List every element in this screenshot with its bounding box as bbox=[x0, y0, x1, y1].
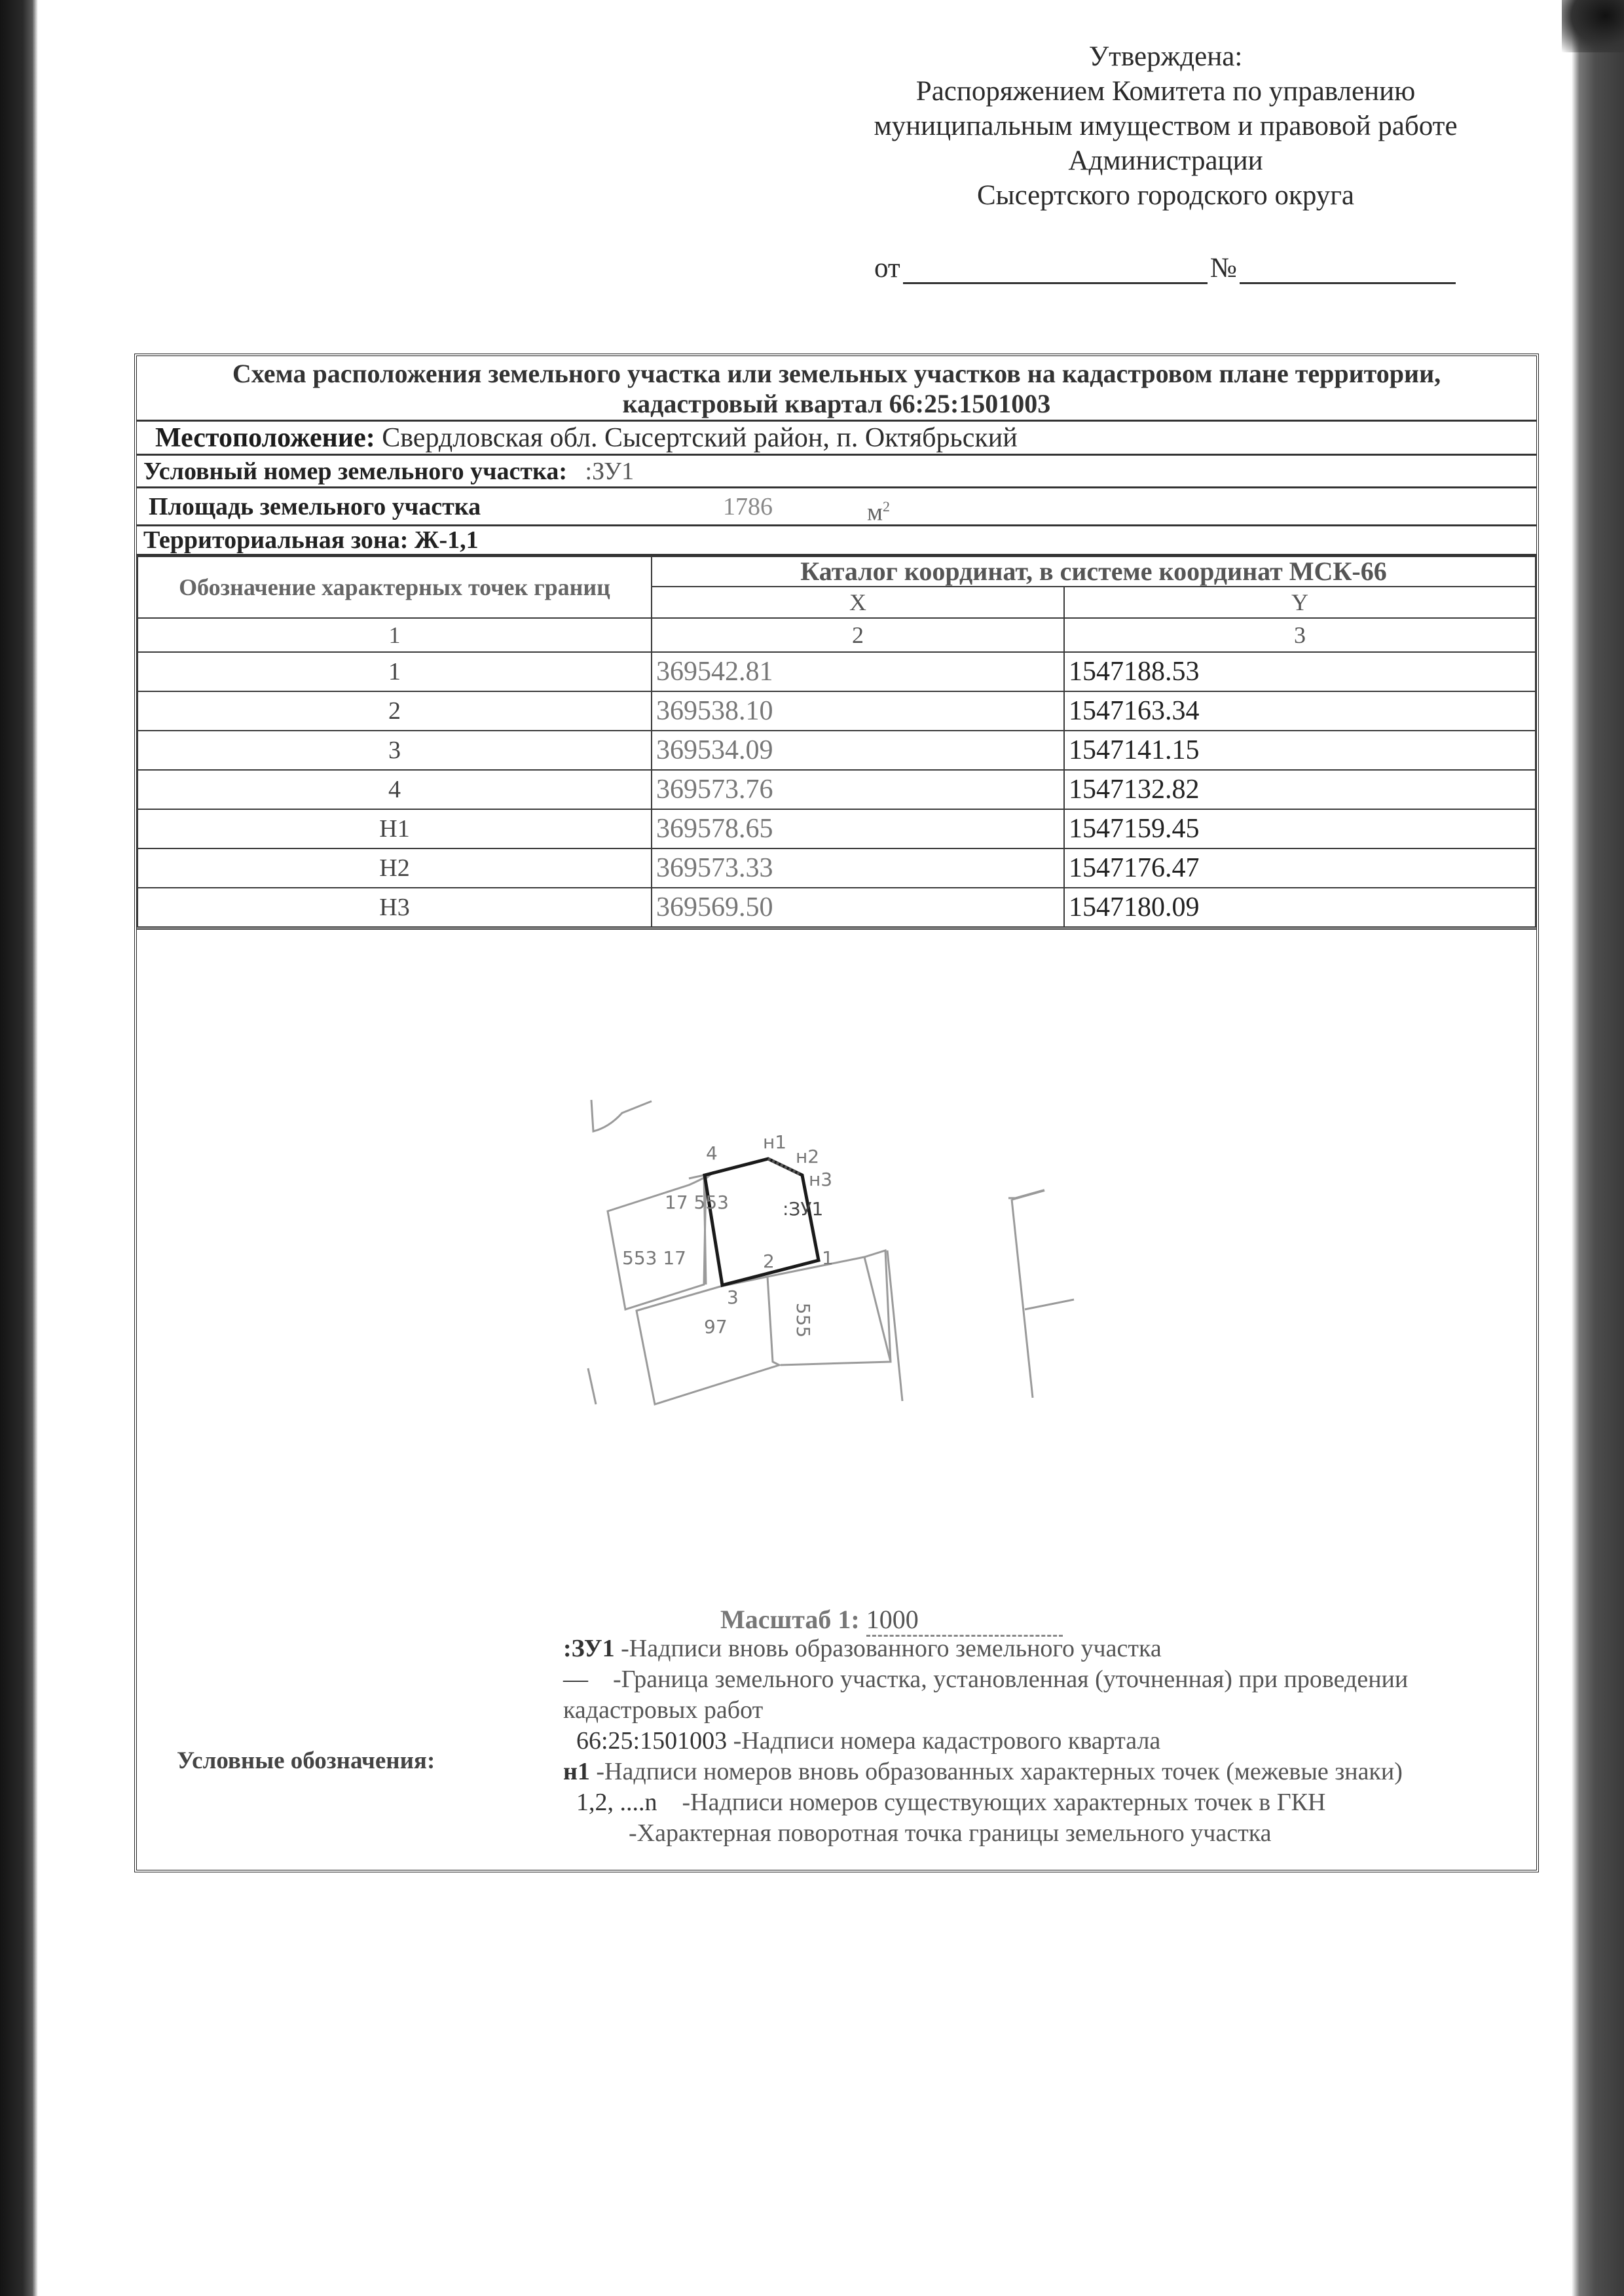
scheme-title-line1: Схема расположения земельного участка ил… bbox=[137, 359, 1536, 389]
approval-line: Сысертского городского округа bbox=[805, 178, 1526, 213]
point-designation: Н3 bbox=[138, 888, 652, 928]
table-row: 4369573.761547132.82 bbox=[138, 770, 1536, 809]
coord-x: 369538.10 bbox=[652, 691, 1064, 731]
legend-item: 66:25:1501003 -Надписи номера кадастрово… bbox=[563, 1726, 1532, 1757]
catalog-header: Каталог координат, в системе координат М… bbox=[652, 556, 1536, 587]
approval-line: Администрации bbox=[805, 143, 1526, 178]
point-label-1: 1 bbox=[822, 1247, 834, 1269]
table-row: Н1369578.651547159.45 bbox=[138, 809, 1536, 848]
table-row: Н3369569.501547180.09 bbox=[138, 888, 1536, 928]
legend-item: — -Граница земельного участка, установле… bbox=[563, 1664, 1532, 1695]
neighbor-label: 553 17 bbox=[622, 1247, 686, 1269]
approval-line: муниципальным имуществом и правовой рабо… bbox=[805, 109, 1526, 143]
scan-edge-right-top bbox=[1562, 0, 1624, 52]
area-row: Площадь земельного участка 1786 м2 bbox=[137, 488, 1536, 526]
coord-x: 369573.76 bbox=[652, 770, 1064, 809]
approval-line: Распоряжением Комитета по управлению bbox=[805, 74, 1526, 109]
legend-item: -Характерная поворотная точка границы зе… bbox=[563, 1818, 1532, 1849]
number-prefix: № bbox=[1210, 252, 1237, 284]
approval-date-number: от № bbox=[874, 252, 1456, 284]
scale-label: Масштаб 1: bbox=[720, 1605, 860, 1634]
point-label-4: 4 bbox=[706, 1142, 718, 1164]
scale-value: 1000 bbox=[866, 1604, 1063, 1637]
coord-y: 1547180.09 bbox=[1064, 888, 1536, 928]
point-label-n3: н3 bbox=[809, 1169, 832, 1190]
neighbor-label: 97 bbox=[704, 1316, 728, 1338]
legend-item: :ЗУ1 -Надписи вновь образованного земель… bbox=[563, 1633, 1532, 1664]
location-label: Местоположение: bbox=[155, 423, 375, 453]
area-value: 1786 bbox=[723, 488, 773, 525]
location-row: Местоположение: Свердловская обл. Сысерт… bbox=[137, 422, 1536, 456]
point-label-n2: н2 bbox=[796, 1146, 819, 1167]
coord-y: 1547132.82 bbox=[1064, 770, 1536, 809]
coord-x: 369569.50 bbox=[652, 888, 1064, 928]
coord-x: 369573.33 bbox=[652, 848, 1064, 888]
neighbor-label: 17 553 bbox=[665, 1192, 729, 1213]
point-designation-header: Обозначение характерных точек границ bbox=[138, 556, 652, 618]
area-label: Площадь земельного участка bbox=[149, 493, 481, 520]
coord-x: 369534.09 bbox=[652, 731, 1064, 770]
table-row: 3369534.091547141.15 bbox=[138, 731, 1536, 770]
conditional-number-value: :ЗУ1 bbox=[585, 458, 635, 485]
scan-edge-right bbox=[1572, 0, 1624, 2296]
col-number: 2 bbox=[652, 618, 1064, 652]
coord-y: 1547176.47 bbox=[1064, 848, 1536, 888]
scheme-title: Схема расположения земельного участка ил… bbox=[137, 356, 1536, 422]
scheme-title-line2: кадастровый квартал 66:25:1501003 bbox=[137, 389, 1536, 419]
point-label-2: 2 bbox=[763, 1250, 775, 1272]
date-prefix: от bbox=[874, 252, 900, 284]
approval-block: Утверждена: Распоряжением Комитета по уп… bbox=[805, 39, 1526, 213]
point-label-n1: н1 bbox=[763, 1131, 786, 1153]
coord-x: 369542.81 bbox=[652, 652, 1064, 691]
map-scale: Масштаб 1: 1000 bbox=[720, 1604, 1063, 1637]
coord-y: 1547188.53 bbox=[1064, 652, 1536, 691]
point-designation: 4 bbox=[138, 770, 652, 809]
approval-line: Утверждена: bbox=[805, 39, 1526, 74]
date-blank-field bbox=[903, 256, 1208, 284]
coord-y: 1547159.45 bbox=[1064, 809, 1536, 848]
legend-title: Условные обозначения: bbox=[177, 1747, 435, 1775]
number-blank-field bbox=[1240, 256, 1456, 284]
legend: :ЗУ1 -Надписи вновь образованного земель… bbox=[563, 1633, 1532, 1849]
location-value: Свердловская обл. Сысертский район, п. О… bbox=[382, 423, 1018, 453]
y-header: Y bbox=[1064, 587, 1536, 618]
point-designation: Н2 bbox=[138, 848, 652, 888]
conditional-number-label: Условный номер земельного участка: bbox=[143, 458, 567, 485]
col-number: 1 bbox=[138, 618, 652, 652]
point-designation: 1 bbox=[138, 652, 652, 691]
table-row: 2369538.101547163.34 bbox=[138, 691, 1536, 731]
legend-item: кадастровых работ bbox=[563, 1695, 1532, 1726]
parcel-label: :ЗУ1 bbox=[783, 1198, 823, 1220]
table-row: 1369542.811547188.53 bbox=[138, 652, 1536, 691]
coord-y: 1547141.15 bbox=[1064, 731, 1536, 770]
scan-edge-left bbox=[0, 0, 38, 2296]
coordinates-table: Обозначение характерных точек границ Кат… bbox=[137, 556, 1536, 930]
point-label-3: 3 bbox=[727, 1286, 739, 1308]
coord-y: 1547163.34 bbox=[1064, 691, 1536, 731]
table-row: Н2369573.331547176.47 bbox=[138, 848, 1536, 888]
legend-item: 1,2, ....n -Надписи номеров существующих… bbox=[563, 1787, 1532, 1818]
legend-item: н1 -Надписи номеров вновь образованных х… bbox=[563, 1757, 1532, 1787]
area-unit: м2 bbox=[867, 488, 890, 531]
conditional-number-row: Условный номер земельного участка: :ЗУ1 bbox=[137, 456, 1536, 488]
neighbor-label: 555 bbox=[792, 1303, 814, 1338]
col-number: 3 bbox=[1064, 618, 1536, 652]
coord-x: 369578.65 bbox=[652, 809, 1064, 848]
point-designation: Н1 bbox=[138, 809, 652, 848]
point-designation: 3 bbox=[138, 731, 652, 770]
x-header: X bbox=[652, 587, 1064, 618]
point-designation: 2 bbox=[138, 691, 652, 731]
territorial-zone-row: Территориальная зона: Ж-1,1 bbox=[137, 526, 1536, 556]
